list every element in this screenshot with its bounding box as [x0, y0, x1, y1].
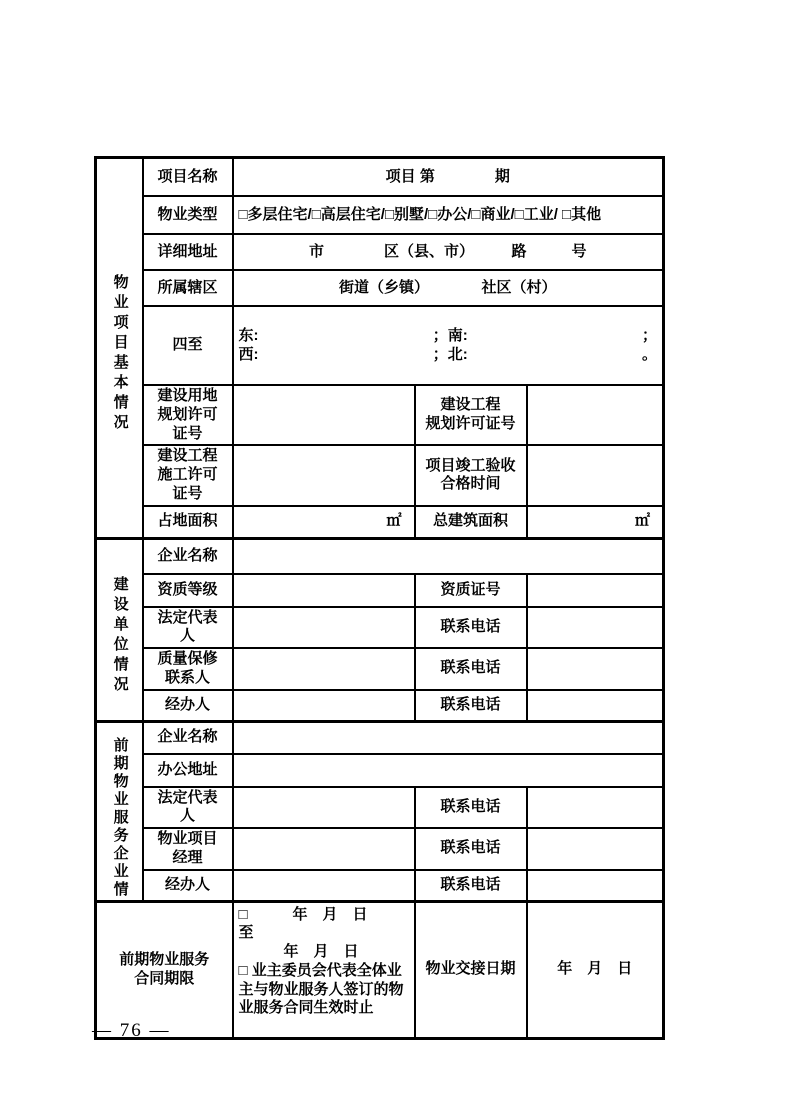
warranty-phone-label: 联系电话 — [415, 648, 527, 690]
qualification-grade-field — [233, 574, 415, 607]
page-number: — 76 — — [92, 1020, 171, 1042]
district-label: 所属辖区 — [143, 270, 233, 306]
project-name-label: 项目名称 — [143, 158, 233, 197]
warranty-contact-field — [233, 648, 415, 690]
section1-header-cell: 物业项目基本情况 — [96, 158, 143, 539]
construction-permit-label: 建设工程 施工许可 证号 — [143, 445, 233, 505]
project-manager-field — [233, 828, 415, 870]
developer-legal-rep-field — [233, 607, 415, 649]
contract-term-label: 前期物业服务 合同期限 — [96, 901, 233, 1038]
property-project-form-table: 物业项目基本情况 项目名称 项目 第 期 物业类型 □多层住宅/□高层住宅/□别… — [94, 156, 665, 1040]
property-type-options: □多层住宅/□高层住宅/□别墅/□办公/□商业/□工业/ □其他 — [233, 196, 664, 234]
service-legal-rep-label: 法定代表 人 — [143, 787, 233, 829]
office-address-label: 办公地址 — [143, 754, 233, 787]
completion-acceptance-field — [527, 445, 664, 505]
address-label: 详细地址 — [143, 234, 233, 270]
developer-handler-field — [233, 690, 415, 722]
gross-floor-area-field: ㎡ — [527, 506, 664, 539]
developer-company-name-field — [233, 538, 664, 574]
extents-line2-end: 。 — [642, 346, 657, 365]
handover-date-field: 年 月 日 — [527, 901, 664, 1038]
land-planning-permit-label: 建设用地 规划许可 证号 — [143, 385, 233, 445]
works-planning-permit-field — [527, 385, 664, 445]
section3-title: 前期物业服务企业情 — [110, 737, 129, 899]
project-name-field: 项目 第 期 — [233, 158, 664, 197]
service-company-name-label: 企业名称 — [143, 721, 233, 754]
qualification-cert-label: 资质证号 — [415, 574, 527, 607]
warranty-contact-label: 质量保修 联系人 — [143, 648, 233, 690]
four-extents-label: 四至 — [143, 306, 233, 385]
construction-permit-field — [233, 445, 415, 505]
land-area-label: 占地面积 — [143, 506, 233, 539]
warranty-phone-field — [527, 648, 664, 690]
service-handler-phone-field — [527, 870, 664, 902]
developer-handler-phone-label: 联系电话 — [415, 690, 527, 722]
extents-line1-end: ； — [642, 327, 657, 346]
extent-north: ；北: — [433, 346, 468, 365]
address-field: 市 区（县、市） 路 号 — [233, 234, 664, 270]
service-handler-label: 经办人 — [143, 870, 233, 902]
developer-legal-rep-phone-field — [527, 607, 664, 649]
office-address-field — [233, 754, 664, 787]
developer-company-name-label: 企业名称 — [143, 538, 233, 574]
qualification-grade-label: 资质等级 — [143, 574, 233, 607]
extents-line1: 东: ；南: ； — [239, 327, 658, 346]
developer-legal-rep-phone-label: 联系电话 — [415, 607, 527, 649]
gross-floor-area-label: 总建筑面积 — [415, 506, 527, 539]
contract-term-options: □ 年 月 日 至 年 月 日 □ 业主委员会代表全体业主与物业服务人签订的物业… — [233, 901, 415, 1038]
developer-handler-phone-field — [527, 690, 664, 722]
section2-title: 建设单位情况 — [110, 576, 129, 696]
project-manager-phone-label: 联系电话 — [415, 828, 527, 870]
extent-east: 东: — [239, 327, 259, 346]
handover-date-label: 物业交接日期 — [415, 901, 527, 1038]
completion-acceptance-label: 项目竣工验收 合格时间 — [415, 445, 527, 505]
extents-line2: 西: ；北: 。 — [239, 346, 658, 365]
qualification-cert-field — [527, 574, 664, 607]
developer-legal-rep-label: 法定代表 人 — [143, 607, 233, 649]
project-manager-label: 物业项目 经理 — [143, 828, 233, 870]
service-legal-rep-phone-label: 联系电话 — [415, 787, 527, 829]
extent-west: 西: — [239, 346, 259, 365]
service-legal-rep-field — [233, 787, 415, 829]
project-manager-phone-field — [527, 828, 664, 870]
extent-south: ；南: — [433, 327, 468, 346]
property-type-label: 物业类型 — [143, 196, 233, 234]
service-legal-rep-phone-field — [527, 787, 664, 829]
four-extents-field: 东: ；南: ； 西: ；北: 。 — [233, 306, 664, 385]
land-planning-permit-field — [233, 385, 415, 445]
service-handler-phone-label: 联系电话 — [415, 870, 527, 902]
service-handler-field — [233, 870, 415, 902]
section2-header-cell: 建设单位情况 — [96, 538, 143, 721]
developer-handler-label: 经办人 — [143, 690, 233, 722]
service-company-name-field — [233, 721, 664, 754]
works-planning-permit-label: 建设工程 规划许可证号 — [415, 385, 527, 445]
land-area-field: ㎡ — [233, 506, 415, 539]
section1-title: 物业项目基本情况 — [110, 274, 129, 434]
section3-header-cell: 前期物业服务企业情 — [96, 721, 143, 901]
district-field: 街道（乡镇） 社区（村） — [233, 270, 664, 306]
scanned-form-page: 物业项目基本情况 项目名称 项目 第 期 物业类型 □多层住宅/□高层住宅/□别… — [0, 0, 786, 1116]
